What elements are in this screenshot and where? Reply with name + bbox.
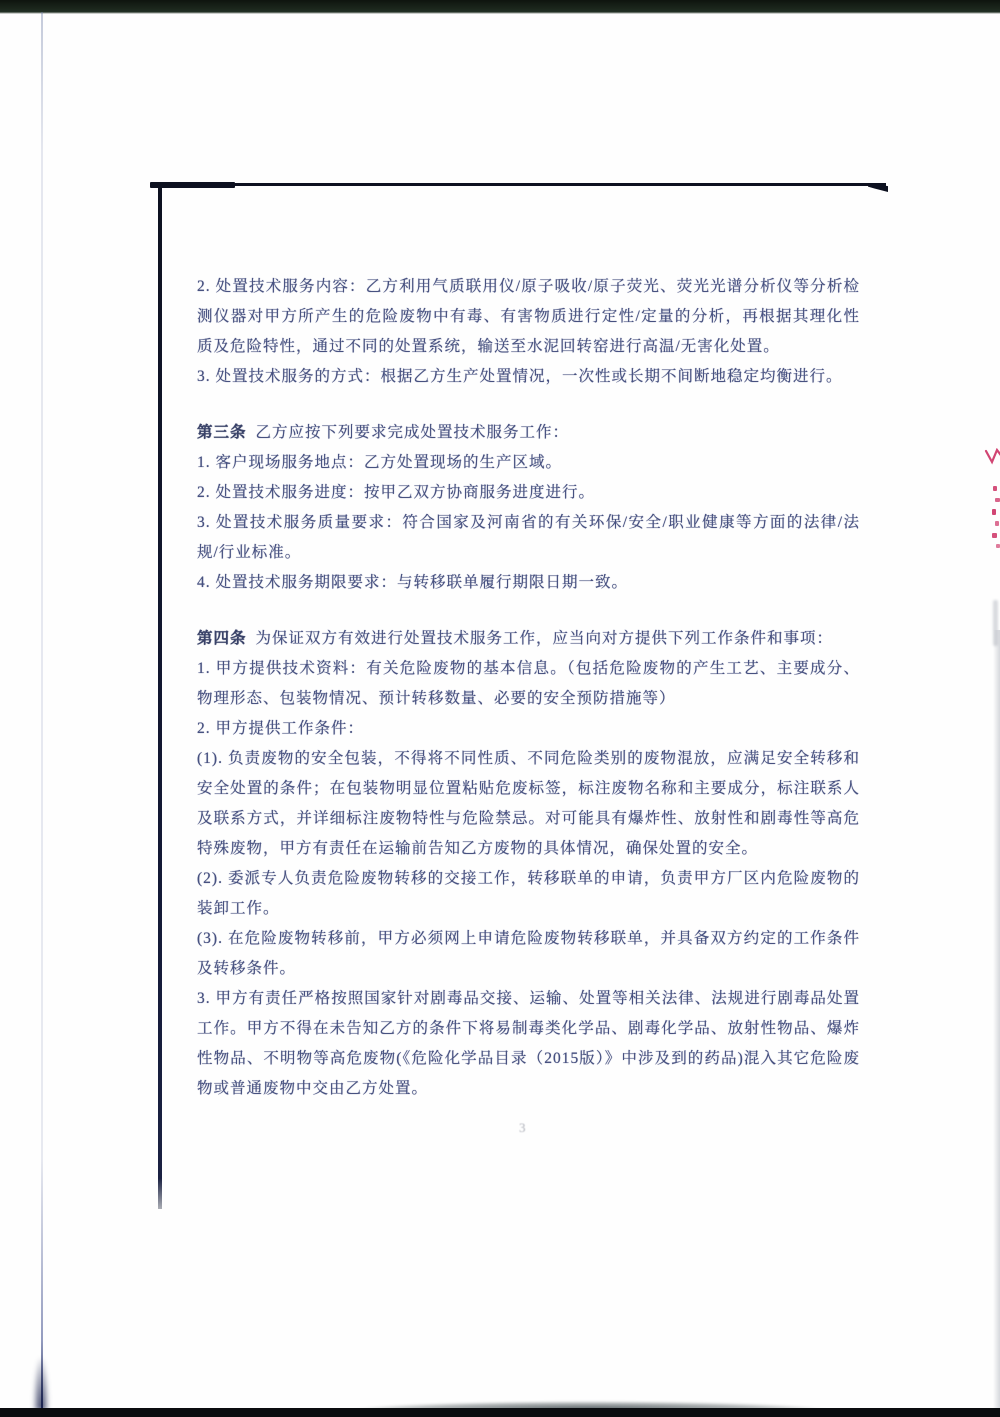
page-number: 3: [519, 1120, 526, 1136]
contract-clause-heading: 第三条乙方应按下列要求完成处置技术服务工作：: [197, 418, 860, 448]
contract-paragraph: 1. 客户现场服务地点：乙方处置现场的生产区域。: [197, 448, 860, 478]
contract-paragraph: 1. 甲方提供技术资料：有关危险废物的基本信息。（包括危险废物的产生工艺、主要成…: [197, 654, 860, 714]
copy-frame-top-left-corner: [150, 182, 235, 188]
red-pen-dot: [992, 509, 996, 515]
scan-edge-shadow-right: [993, 630, 1000, 1408]
scanned-contract-page: 2. 处置技术服务内容：乙方利用气质联用仪/原子吸收/原子荧光、荧光光谱分析仪等…: [0, 0, 1000, 1417]
copy-frame-left-border: [158, 183, 162, 1209]
contract-paragraph: (1). 负责废物的安全包装，不得将不同性质、不同危险类别的废物混放，应满足安全…: [197, 744, 860, 864]
contract-paragraph: 2. 甲方提供工作条件：: [197, 714, 860, 744]
red-pen-dot: [996, 544, 1000, 548]
clause-number: 第三条: [197, 424, 247, 441]
red-pen-dot: [995, 521, 999, 526]
contract-paragraph: 3. 甲方有责任严格按照国家针对剧毒品交接、运输、处置等相关法律、法规进行剧毒品…: [197, 984, 860, 1104]
contract-paragraph: 2. 处置技术服务进度：按甲乙双方协商服务进度进行。: [197, 478, 860, 508]
page-fold-shadow: [33, 1358, 49, 1410]
contract-text-block: 2. 处置技术服务内容：乙方利用气质联用仪/原子吸收/原子荧光、荧光光谱分析仪等…: [197, 272, 860, 1104]
scanner-edge-bottom: [0, 1408, 1000, 1417]
contract-paragraph: 3. 处置技术服务质量要求：符合国家及河南省的有关环保/安全/职业健康等方面的法…: [197, 508, 860, 568]
scanner-edge-top: [0, 0, 1000, 14]
red-check-mark-icon: [984, 448, 1000, 466]
contract-clause-heading: 第四条为保证双方有效进行处置技术服务工作，应当向对方提供下列工作条件和事项：: [197, 624, 860, 654]
contract-paragraph: (3). 在危险废物转移前，甲方必须网上申请危险废物转移联单，并具备双方约定的工…: [197, 924, 860, 984]
page-fold-line: [41, 12, 43, 1410]
red-pen-dot: [995, 498, 1000, 502]
contract-paragraph: 3. 处置技术服务的方式：根据乙方生产处置情况，一次性或长期不间断地稳定均衡进行…: [197, 362, 860, 392]
contract-paragraph: 2. 处置技术服务内容：乙方利用气质联用仪/原子吸收/原子荧光、荧光光谱分析仪等…: [197, 272, 860, 362]
contract-paragraph: (2). 委派专人负责危险废物转移的交接工作，转移联单的申请，负责甲方厂区内危险…: [197, 864, 860, 924]
red-pen-dot: [992, 533, 997, 538]
contract-paragraph: 4. 处置技术服务期限要求：与转移联单履行期限日期一致。: [197, 568, 860, 598]
red-pen-dot: [993, 486, 997, 491]
copy-frame-top-border: [152, 183, 886, 186]
clause-number: 第四条: [197, 630, 247, 647]
